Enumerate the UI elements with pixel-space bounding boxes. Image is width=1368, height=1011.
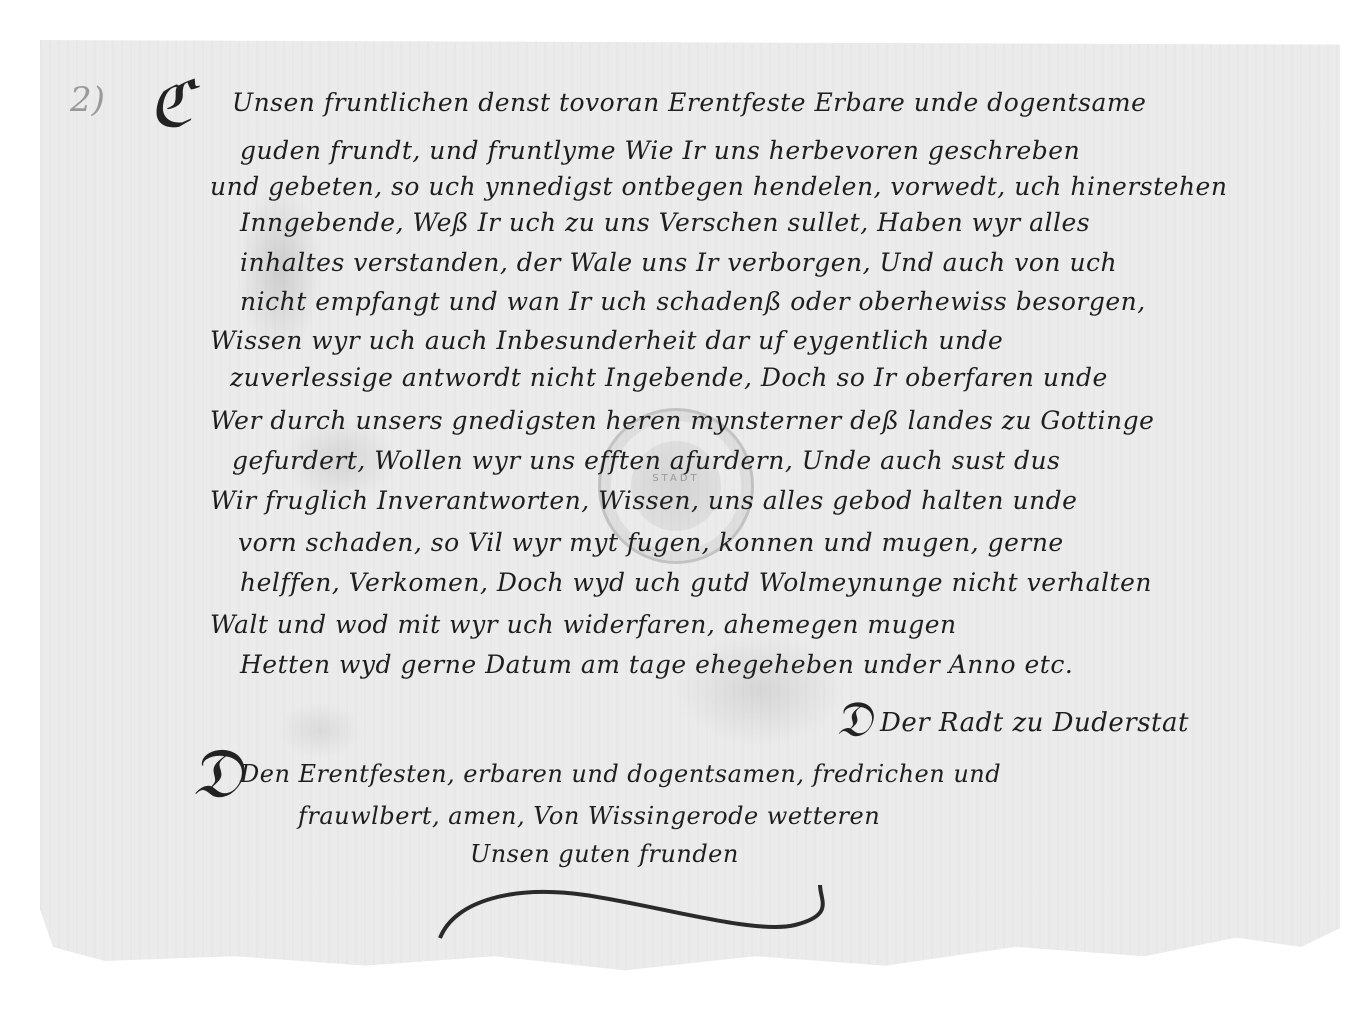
decorative-flourish [435, 880, 875, 940]
body-line-10: gefurdert, Wollen wyr uns efften afurder… [232, 446, 1060, 475]
body-line-12: vorn schaden, so Vil wyr myt fugen, konn… [238, 528, 1064, 557]
decorative-initial-v: ℭ [148, 68, 193, 142]
body-line-7: Wissen wyr uch auch Inbesunderheit dar u… [210, 326, 1003, 355]
address-line-3: Unsen guten frunden [470, 840, 739, 868]
body-line-11: Wir fruglich Inverantworten, Wissen, uns… [210, 486, 1077, 515]
body-line-4: Inngebende, Weß Ir uch zu uns Verschen s… [240, 208, 1090, 237]
body-line-1: Unsen fruntlichen denst tovoran Erentfes… [232, 88, 1146, 117]
body-line-5: inhaltes verstanden, der Wale uns Ir ver… [240, 248, 1117, 277]
body-line-8: zuverlessige antwordt nicht Ingebende, D… [230, 363, 1108, 392]
body-line-14: Walt und wod mit wyr uch widerfaren, ahe… [210, 610, 957, 639]
decorative-initial-d-address: 𝔇 [190, 732, 242, 815]
body-line-2: guden frundt, und fruntlyme Wie Ir uns h… [240, 136, 1080, 165]
decorative-initial-d-closing: 𝔇 [835, 690, 872, 749]
address-line-1: Den Erentfesten, erbaren und dogentsamen… [240, 760, 1001, 788]
body-line-15: Hetten wyd gerne Datum am tage ehegehebe… [240, 650, 1073, 679]
body-line-13: helffen, Verkomen, Doch wyd uch gutd Wol… [240, 568, 1152, 597]
body-line-3: und gebeten, so uch ynnedigst ontbegen h… [210, 172, 1227, 201]
address-line-2: frauwlbert, amen, Von Wissingerode wette… [298, 802, 880, 830]
margin-number: 2) [70, 80, 105, 120]
body-line-6: nicht empfangt und wan Ir uch schadenß o… [240, 287, 1146, 316]
closing-signature: Der Radt zu Duderstat [880, 708, 1189, 738]
body-line-9: Wer durch unsers gnedigsten heren mynste… [210, 406, 1154, 435]
